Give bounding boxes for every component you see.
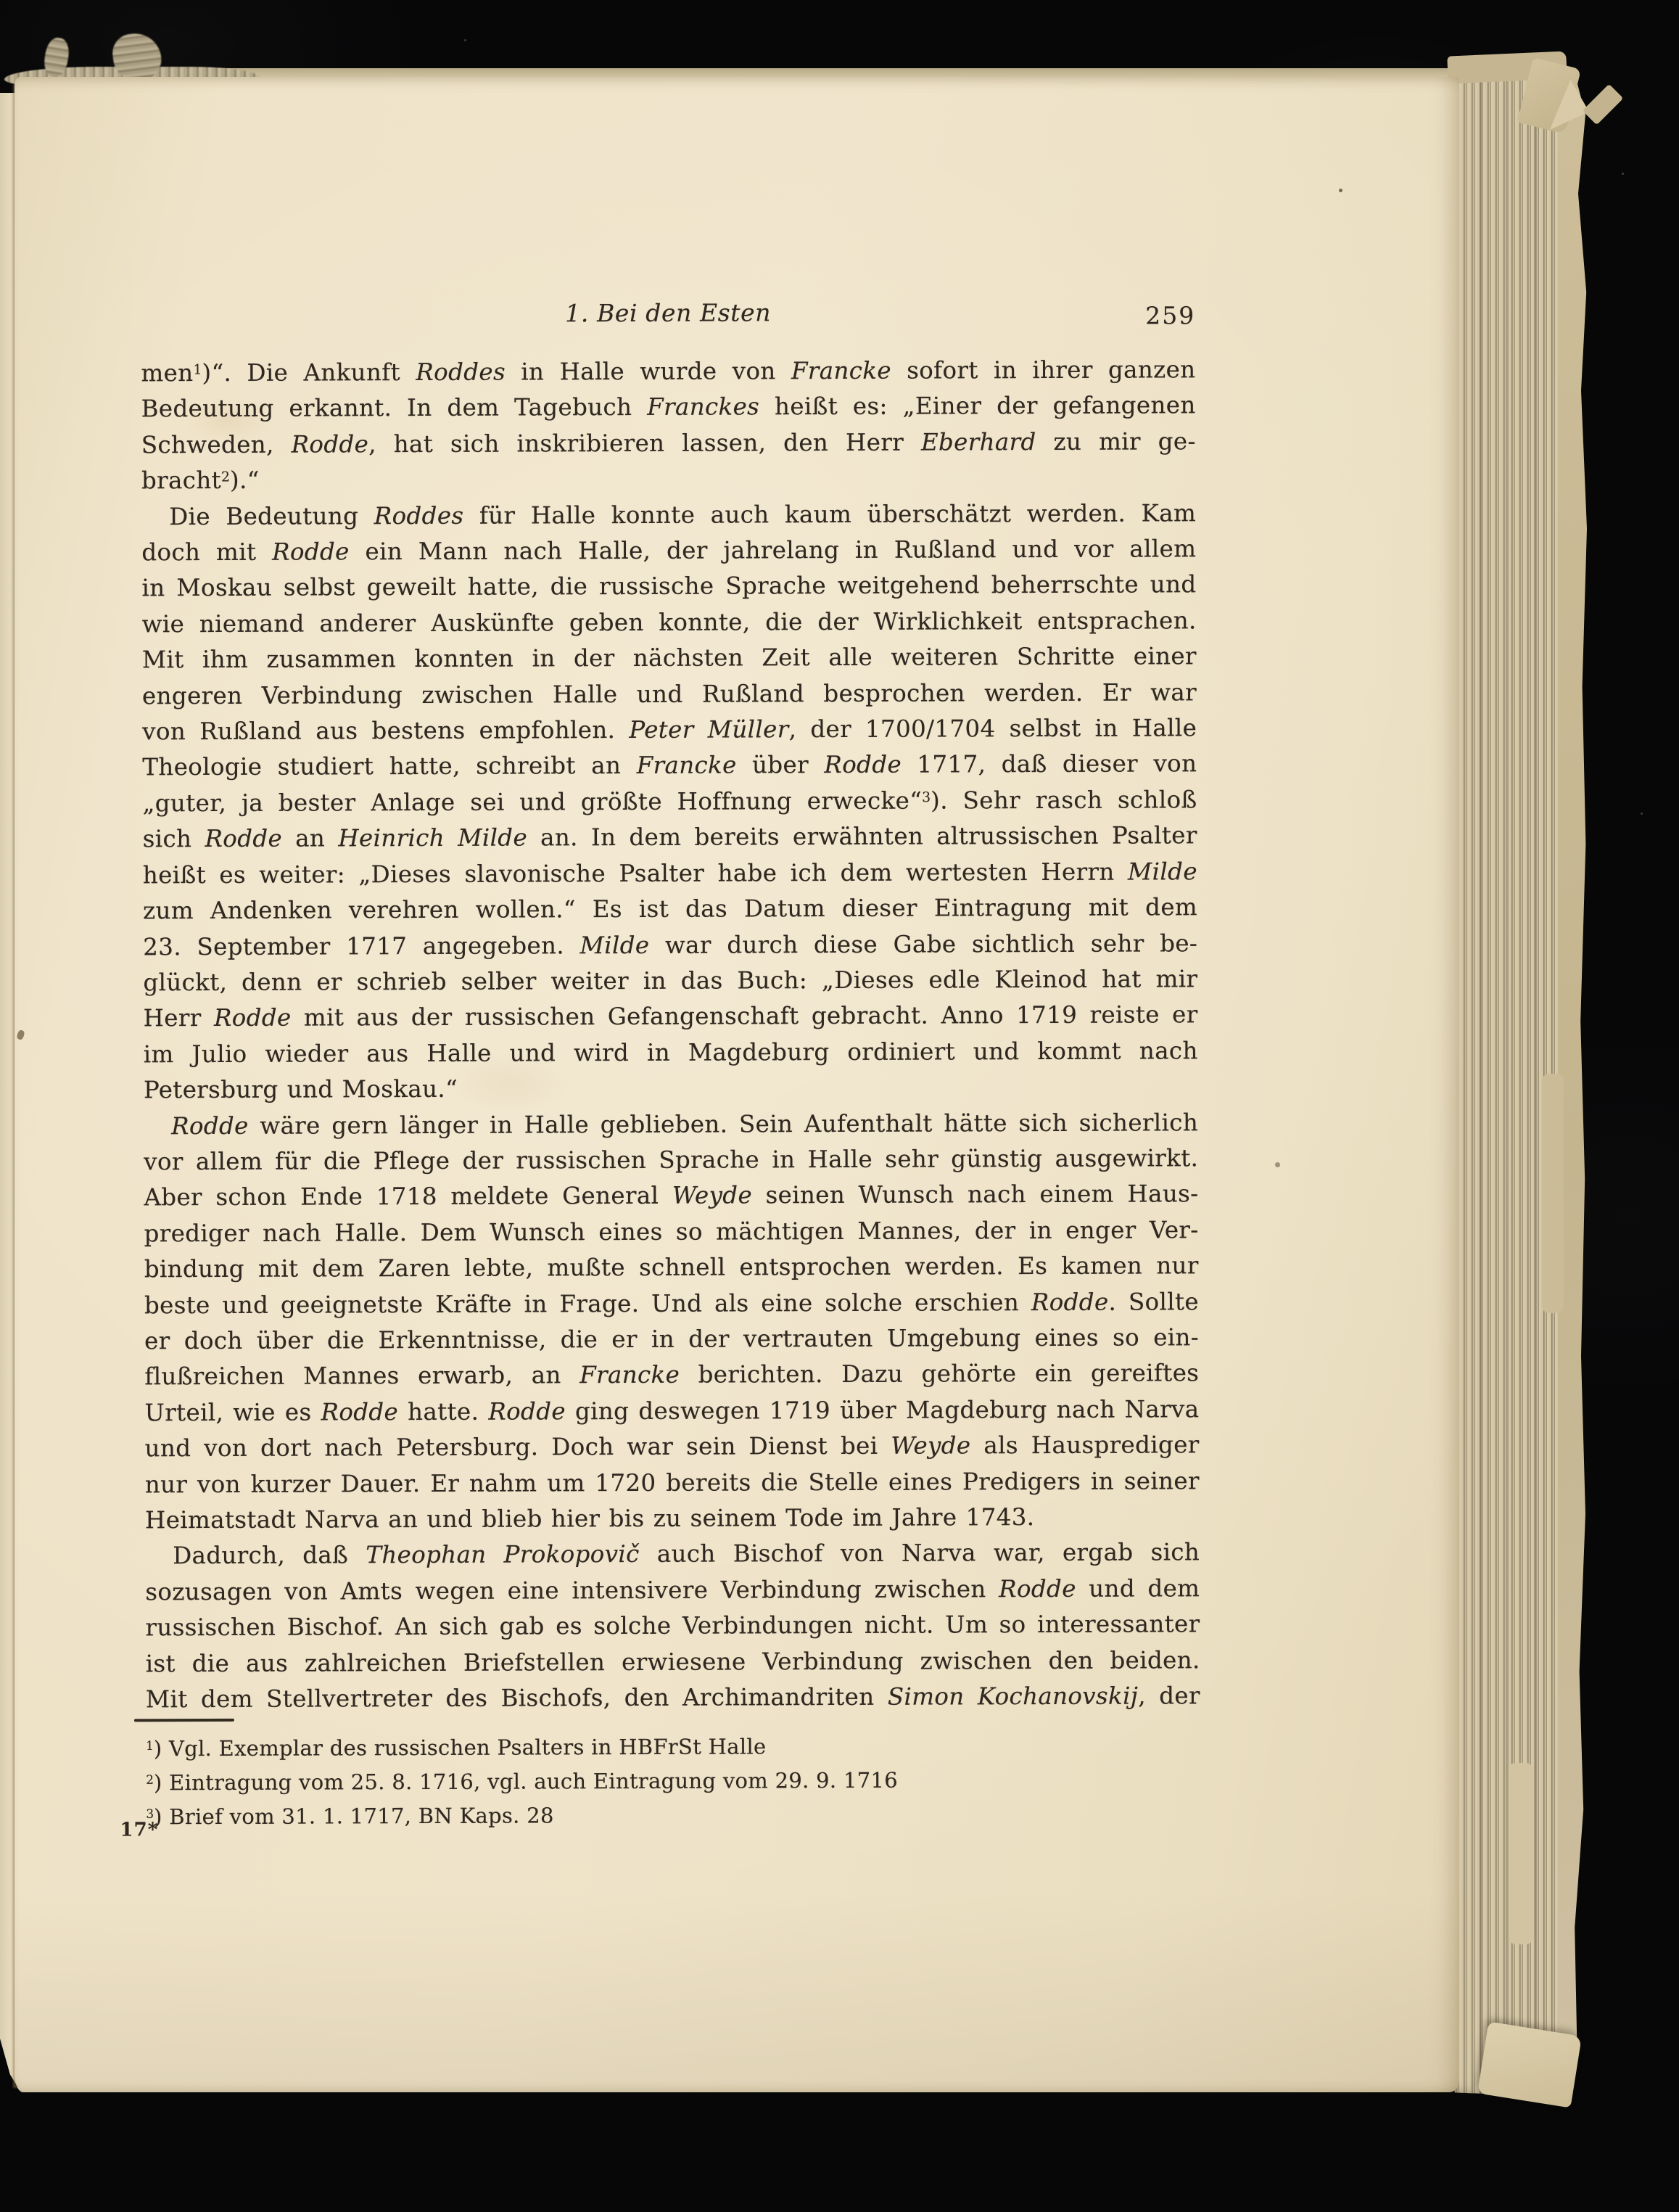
text-line: heißt es weiter: „Dieses slavonische Psa… — [143, 854, 1197, 893]
italic-text: Rodde — [171, 1111, 249, 1139]
text-segment: glückt, denn er schrieb selber weiter in… — [143, 965, 1197, 996]
italic-text: Rodde — [1031, 1288, 1109, 1315]
italic-text: Roddes — [374, 501, 464, 529]
text-line: Herr Rodde mit aus der russischen Gefang… — [143, 998, 1197, 1037]
italic-text: Rodde — [321, 1398, 398, 1426]
text-line: Mit dem Stellvertreter des Bischofs, den… — [146, 1678, 1200, 1717]
text-segment: flußreichen Mannes erwarb, an — [144, 1362, 579, 1391]
page-number: 259 — [1041, 301, 1195, 330]
text-line: prediger nach Halle. Dem Wunsch eines so… — [144, 1212, 1199, 1251]
text-segment: ein Mann nach Halle, der jahrelang in Ru… — [350, 535, 1197, 565]
text-segment: ).“ — [230, 466, 260, 494]
italic-text: Rodde — [205, 825, 282, 852]
italic-text: Eberhard — [921, 428, 1036, 456]
text-segment: „guter, ja bester Anlage sei und größte … — [142, 786, 922, 817]
text-line: Bedeutung erkannt. In dem Tagebuch Franc… — [141, 388, 1196, 427]
text-line: nur von kurzer Dauer. Er nahm um 1720 be… — [145, 1463, 1200, 1502]
text-line: sozusagen von Amts wegen eine intensiver… — [145, 1571, 1200, 1610]
text-segment: Urteil, wie es — [144, 1398, 321, 1426]
text-segment: vor allem für die Pflege der russischen … — [144, 1144, 1198, 1175]
text-line: Mit ihm zusammen konnten in der nächsten… — [142, 639, 1197, 678]
text-segment: 1717, daß dieser von — [902, 750, 1197, 778]
footnote-item: 3) Brief vom 31. 1. 1717, BN Kaps. 28 — [146, 1796, 1200, 1834]
text-line: Die Bedeutung Roddes für Halle konnte au… — [141, 496, 1196, 535]
text-segment: 23. September 1717 angegeben. — [143, 932, 579, 961]
running-head-title: 1. Bei den Esten — [141, 297, 1195, 329]
text-line: Heimatstadt Narva an und blieb hier bis … — [145, 1499, 1200, 1538]
italic-text: Simon Kochanovskij — [888, 1682, 1139, 1711]
italic-text: Roddes — [416, 358, 506, 386]
text-segment: Theologie studiert hatte, schreibt an — [142, 752, 636, 781]
italic-text: Francke — [791, 357, 891, 385]
text-segment: Die Bedeutung — [169, 502, 374, 530]
text-segment: als Hausprediger — [970, 1431, 1199, 1459]
text-line: doch mit Rodde ein Mann nach Halle, der … — [141, 531, 1196, 570]
text-segment: Mit dem Stellvertreter des Bischofs, den… — [146, 1683, 888, 1714]
text-segment: zum Andenken verehren wollen.“ Es ist da… — [143, 893, 1197, 924]
text-line: flußreichen Mannes erwarb, an Francke be… — [144, 1356, 1199, 1395]
text-line: russischen Bischof. An sich gab es solch… — [145, 1606, 1200, 1645]
text-line: Schweden, Rodde, hat sich inskribieren l… — [141, 424, 1196, 463]
text-segment: war durch diese Gabe sichtlich sehr be- — [649, 929, 1197, 959]
text-line: engeren Verbindung zwischen Halle und Ru… — [142, 675, 1197, 714]
text-segment: )“. Die Ankunft — [202, 358, 416, 387]
text-segment: Petersburg und Moskau.“ — [144, 1075, 458, 1104]
text-segment: Herr — [144, 1004, 214, 1032]
text-segment: wie niemand anderer Auskünfte geben konn… — [142, 607, 1197, 638]
text-segment: russischen Bischof. An sich gab es solch… — [145, 1610, 1200, 1641]
text-line: men1)“. Die Ankunft Roddes in Halle wurd… — [141, 352, 1195, 391]
signature-mark: 17* — [120, 1819, 158, 1841]
paragraph: Die Bedeutung Roddes für Halle konnte au… — [141, 496, 1198, 1109]
text-segment: in Halle wurde von — [506, 357, 791, 385]
italic-text: Peter Müller — [629, 715, 788, 744]
body-text: men1)“. Die Ankunft Roddes in Halle wurd… — [141, 352, 1200, 1718]
text-segment: im Julio wieder aus Halle und wird in Ma… — [144, 1037, 1198, 1068]
footnote-marker: 2 — [221, 470, 230, 485]
text-line: wie niemand anderer Auskünfte geben konn… — [142, 603, 1197, 642]
text-segment: für Halle konnte auch kaum überschätzt w… — [463, 499, 1196, 530]
italic-text: Francke — [637, 752, 737, 779]
text-segment: bracht — [141, 466, 221, 494]
footnote-marker: 2 — [146, 1772, 154, 1787]
text-segment: von Rußland aus bestens empfohlen. — [142, 716, 629, 745]
text-segment: sich — [143, 825, 205, 852]
text-segment: Bedeutung erkannt. In dem Tagebuch — [141, 393, 648, 422]
italic-text: Franckes — [647, 393, 759, 422]
text-segment: seinen Wunsch nach einem Haus- — [752, 1180, 1199, 1209]
text-line: Rodde wäre gern länger in Halle gebliebe… — [144, 1105, 1198, 1144]
footnotes: 1) Vgl. Exemplar des russischen Psalters… — [146, 1728, 1200, 1834]
text-segment: berichten. Dazu gehörte ein gereiftes — [680, 1360, 1199, 1389]
text-line: zum Andenken verehren wollen.“ Es ist da… — [143, 889, 1197, 929]
footnote-marker: 1 — [193, 363, 202, 378]
text-segment: ) Brief vom 31. 1. 1717, BN Kaps. 28 — [154, 1803, 554, 1829]
italic-text: Rodde — [272, 538, 350, 565]
text-segment: ). Sehr rasch schloß — [931, 786, 1197, 814]
text-line: „guter, ja bester Anlage sei und größte … — [142, 782, 1197, 821]
text-line: 23. September 1717 angegeben. Milde war … — [143, 926, 1197, 965]
text-line: bindung mit dem Zaren lebte, mußte schne… — [144, 1248, 1199, 1287]
text-line: Dadurch, daß Theophan Prokopovič auch Bi… — [145, 1535, 1200, 1574]
text-segment: und von dort nach Petersburg. Doch war s… — [145, 1432, 891, 1463]
text-segment: wäre gern länger in Halle geblieben. Sei… — [249, 1109, 1198, 1140]
italic-text: Francke — [579, 1361, 680, 1389]
text-segment: sofort in ihrer ganzen — [891, 355, 1196, 384]
text-line: glückt, denn er schrieb selber weiter in… — [143, 961, 1197, 1000]
text-line: sich Rodde an Heinrich Milde an. In dem … — [143, 818, 1197, 858]
italic-text: Milde — [580, 931, 650, 958]
text-segment: Dadurch, daß — [173, 1542, 366, 1570]
text-segment: bindung mit dem Zaren lebte, mußte schne… — [144, 1251, 1199, 1283]
text-segment: an — [282, 825, 338, 852]
italic-text: Rodde — [214, 1004, 292, 1032]
text-line: bracht2).“ — [141, 459, 1196, 498]
footnote-item: 2) Eintragung vom 25. 8. 1716, vgl. auch… — [146, 1762, 1200, 1800]
text-segment: ) Eintragung vom 25. 8. 1716, vgl. auch … — [154, 1768, 898, 1796]
text-segment: an. In dem bereits erwähnten altrussisch… — [527, 822, 1197, 852]
text-segment: doch mit — [141, 538, 272, 567]
text-segment: , der — [1138, 1682, 1200, 1709]
text-segment: sozusagen von Amts wegen eine intensiver… — [145, 1575, 999, 1605]
italic-text: Milde — [1128, 858, 1197, 885]
text-line: Theologie studiert hatte, schreibt an Fr… — [142, 747, 1197, 786]
paragraph: Dadurch, daß Theophan Prokopovič auch Bi… — [145, 1535, 1200, 1718]
text-segment: ging deswegen 1719 über Magdeburg nach N… — [566, 1395, 1200, 1425]
text-segment: nur von kurzer Dauer. Er nahm um 1720 be… — [145, 1467, 1200, 1498]
page-content: 1. Bei den Esten 259 men1)“. Die Ankunft… — [0, 0, 1679, 2212]
text-segment: in Moskau selbst geweilt hatte, die russ… — [141, 571, 1196, 602]
text-segment: über — [737, 752, 825, 779]
text-segment: Schweden, — [141, 430, 292, 459]
text-segment: , der 1700/1704 selbst in Halle — [788, 714, 1197, 743]
text-segment: mit aus der russischen Gefangenschaft ge… — [292, 1001, 1198, 1032]
text-segment: beste und geeignetste Kräfte in Frage. U… — [144, 1288, 1031, 1319]
text-line: vor allem für die Pflege der russischen … — [144, 1140, 1198, 1180]
text-segment: prediger nach Halle. Dem Wunsch eines so… — [144, 1216, 1199, 1247]
text-line: Aber schon Ende 1718 meldete General Wey… — [144, 1177, 1198, 1216]
footnote-rule — [134, 1719, 234, 1722]
text-line: Urteil, wie es Rodde hatte. Rodde ging d… — [144, 1391, 1199, 1431]
text-segment: hatte. — [398, 1397, 488, 1425]
paragraph: Rodde wäre gern länger in Halle gebliebe… — [144, 1105, 1200, 1539]
italic-text: Weyde — [891, 1432, 970, 1460]
text-segment: ist die aus zahlreichen Briefstellen erw… — [146, 1646, 1200, 1677]
text-segment: . Sollte — [1108, 1288, 1199, 1315]
text-segment: Heimatstadt Narva an und blieb hier bis … — [145, 1503, 1035, 1534]
text-line: in Moskau selbst geweilt hatte, die russ… — [141, 567, 1196, 607]
italic-text: Weyde — [672, 1182, 752, 1209]
italic-text: Theophan Prokopovič — [366, 1540, 640, 1568]
text-line: Petersburg und Moskau.“ — [144, 1069, 1198, 1108]
paragraph: men1)“. Die Ankunft Roddes in Halle wurd… — [141, 352, 1196, 499]
text-segment: zu mir ge- — [1036, 427, 1196, 456]
text-segment: heißt es weiter: „Dieses slavonische Psa… — [143, 858, 1128, 889]
text-line: von Rußland aus bestens empfohlen. Peter… — [142, 710, 1197, 749]
italic-text: Rodde — [999, 1575, 1076, 1603]
text-segment: auch Bischof von Narva war, ergab sich — [640, 1539, 1200, 1568]
italic-text: Rodde — [488, 1397, 566, 1425]
text-segment: heißt es: „Einer der gefangenen — [759, 392, 1196, 421]
text-line: beste und geeignetste Kräfte in Frage. U… — [144, 1284, 1199, 1323]
text-segment: er doch über die Erkenntnisse, die er in… — [144, 1323, 1199, 1354]
text-line: im Julio wieder aus Halle und wird in Ma… — [144, 1033, 1198, 1072]
italic-text: Rodde — [824, 751, 902, 778]
text-line: ist die aus zahlreichen Briefstellen erw… — [146, 1642, 1200, 1682]
scanned-book-photo: 1. Bei den Esten 259 men1)“. Die Ankunft… — [0, 0, 1679, 2212]
text-segment: engeren Verbindung zwischen Halle und Ru… — [142, 678, 1197, 710]
footnote-marker: 3 — [922, 790, 931, 805]
text-segment: men — [141, 359, 193, 387]
footnote-marker: 1 — [146, 1738, 154, 1753]
text-segment: Aber schon Ende 1718 meldete General — [144, 1182, 672, 1212]
text-line: er doch über die Erkenntnisse, die er in… — [144, 1320, 1199, 1359]
italic-text: Rodde — [291, 430, 368, 458]
text-segment: , hat sich inskribieren lassen, den Herr — [368, 428, 921, 458]
footnote-item: 1) Vgl. Exemplar des russischen Psalters… — [146, 1728, 1200, 1766]
text-segment: Mit ihm zusammen konnten in der nächsten… — [142, 643, 1197, 674]
text-line: und von dort nach Petersburg. Doch war s… — [145, 1427, 1200, 1466]
text-segment: und dem — [1076, 1574, 1200, 1603]
text-segment: ) Vgl. Exemplar des russischen Psalters … — [154, 1734, 767, 1761]
italic-text: Heinrich Milde — [338, 824, 527, 852]
